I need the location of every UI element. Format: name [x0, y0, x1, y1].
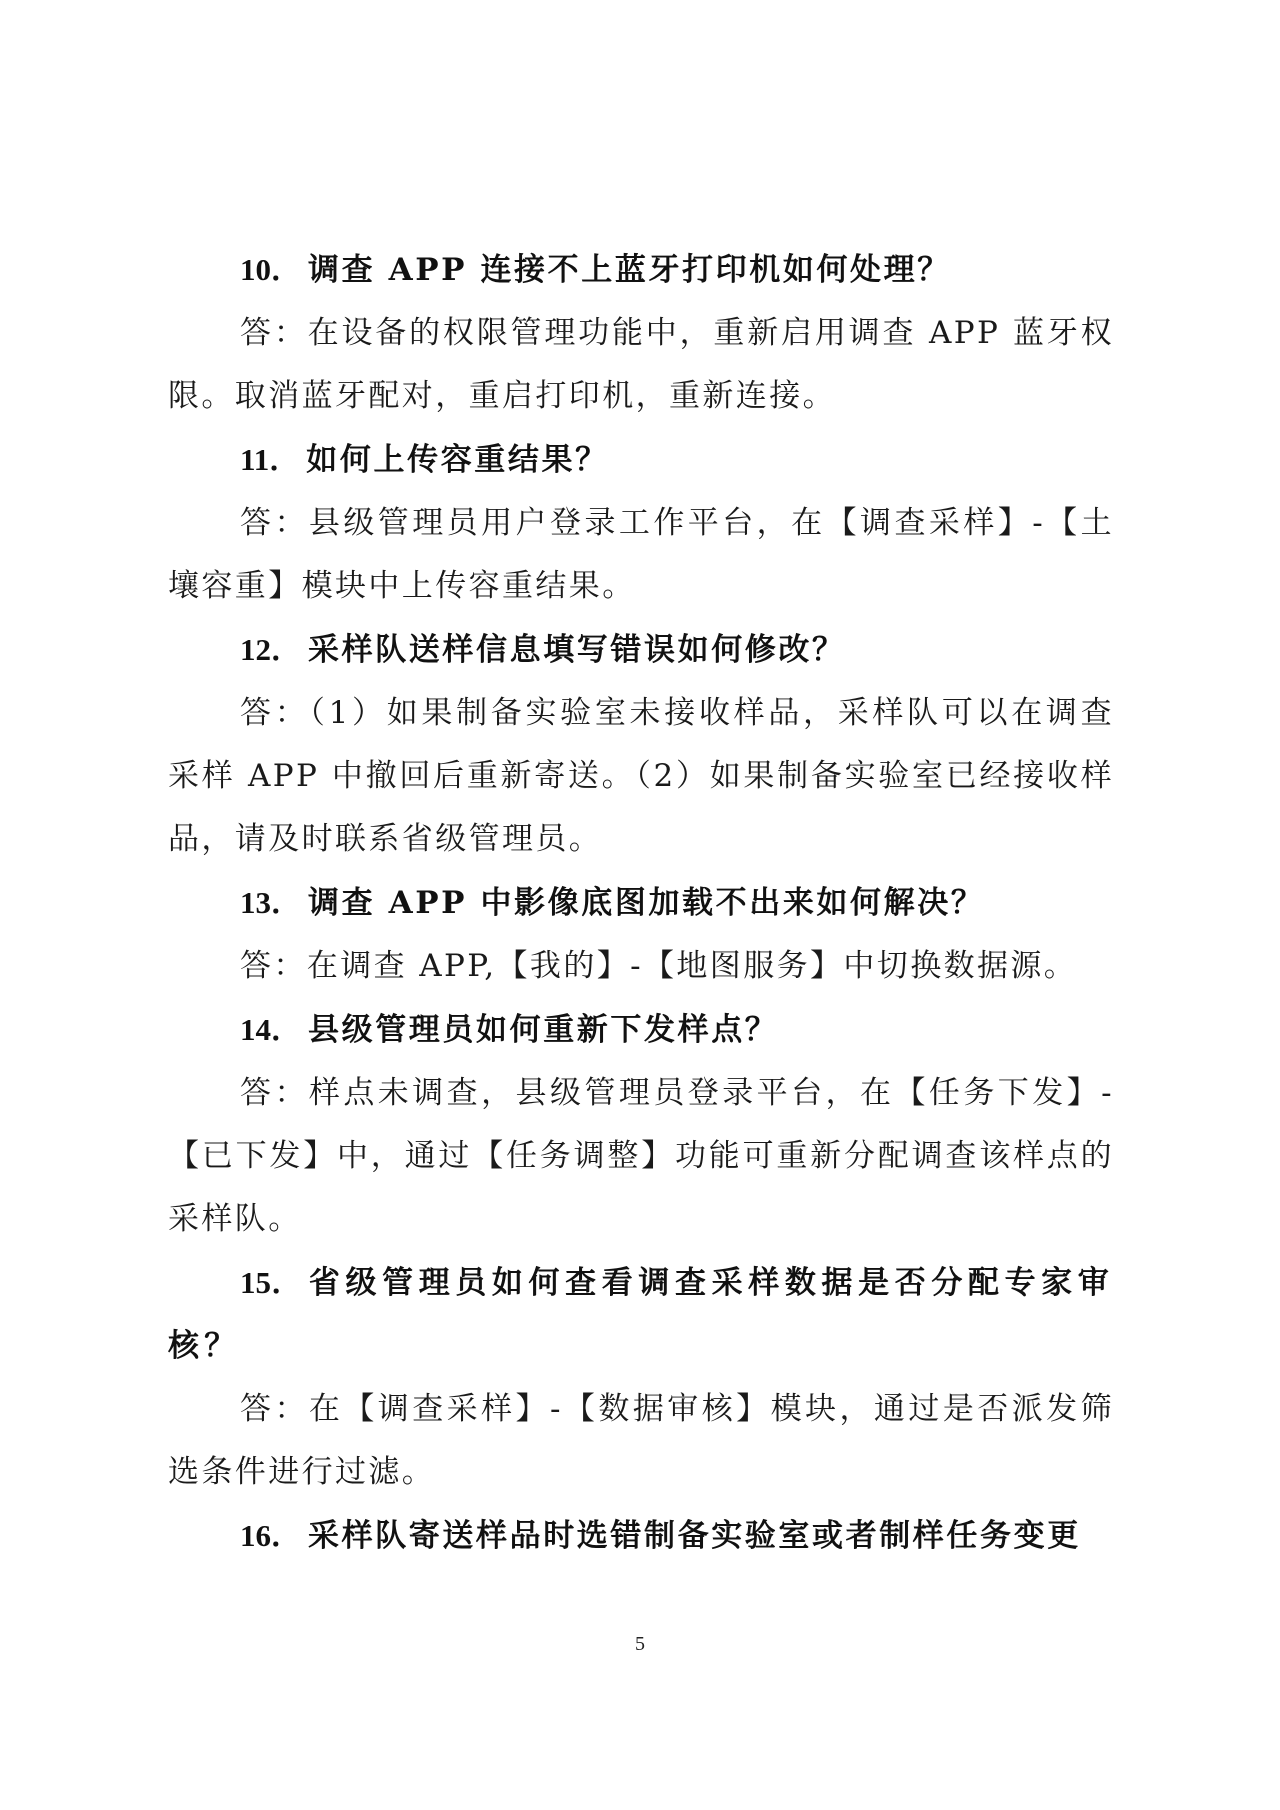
- faq-question-12: 12．采样队送样信息填写错误如何修改？: [168, 618, 1114, 682]
- document-page: 10．调查 APP 连接不上蓝牙打印机如何处理？ 答：在设备的权限管理功能中，重…: [0, 0, 1280, 1810]
- faq-answer-15: 答：在【调查采样】-【数据审核】模块，通过是否派发筛选条件进行过滤。: [168, 1378, 1114, 1504]
- question-text: 省级管理员如何查看调查采样数据是否分配专家审核？: [168, 1265, 1114, 1364]
- question-number: 10．: [240, 252, 302, 287]
- faq-content: 10．调查 APP 连接不上蓝牙打印机如何处理？ 答：在设备的权限管理功能中，重…: [168, 238, 1114, 1568]
- question-text: 县级管理员如何重新下发样点？: [308, 1012, 778, 1048]
- faq-question-11: 11．如何上传容重结果？: [168, 428, 1114, 492]
- faq-question-10: 10．调查 APP 连接不上蓝牙打印机如何处理？: [168, 238, 1114, 302]
- faq-answer-11: 答：县级管理员用户登录工作平台，在【调查采样】-【土壤容重】模块中上传容重结果。: [168, 492, 1114, 618]
- faq-answer-14: 答：样点未调查，县级管理员登录平台，在【任务下发】-【已下发】中，通过【任务调整…: [168, 1062, 1114, 1251]
- question-number: 12．: [240, 632, 302, 667]
- question-number: 14．: [240, 1012, 302, 1047]
- question-text: 采样队送样信息填写错误如何修改？: [308, 632, 846, 668]
- question-number: 16．: [240, 1518, 302, 1553]
- question-number: 13．: [240, 885, 302, 920]
- question-text: 如何上传容重结果？: [306, 442, 608, 478]
- faq-question-13: 13．调查 APP 中影像底图加载不出来如何解决？: [168, 871, 1114, 935]
- page-number: 5: [0, 1633, 1280, 1656]
- faq-answer-12: 答：（1）如果制备实验室未接收样品，采样队可以在调查采样 APP 中撤回后重新寄…: [168, 682, 1114, 871]
- question-text: 调查 APP 连接不上蓝牙打印机如何处理？: [308, 252, 951, 288]
- faq-question-16: 16．采样队寄送样品时选错制备实验室或者制样任务变更: [168, 1504, 1114, 1568]
- faq-answer-13: 答：在调查 APP,【我的】-【地图服务】中切换数据源。: [168, 935, 1114, 998]
- faq-answer-10: 答：在设备的权限管理功能中，重新启用调查 APP 蓝牙权限。取消蓝牙配对，重启打…: [168, 302, 1114, 428]
- faq-question-14: 14．县级管理员如何重新下发样点？: [168, 998, 1114, 1062]
- question-number: 11．: [240, 442, 300, 477]
- faq-question-15: 15．省级管理员如何查看调查采样数据是否分配专家审核？: [168, 1251, 1114, 1378]
- question-text: 采样队寄送样品时选错制备实验室或者制样任务变更: [308, 1518, 1081, 1554]
- question-text: 调查 APP 中影像底图加载不出来如何解决？: [308, 885, 984, 921]
- question-number: 15．: [240, 1265, 303, 1300]
